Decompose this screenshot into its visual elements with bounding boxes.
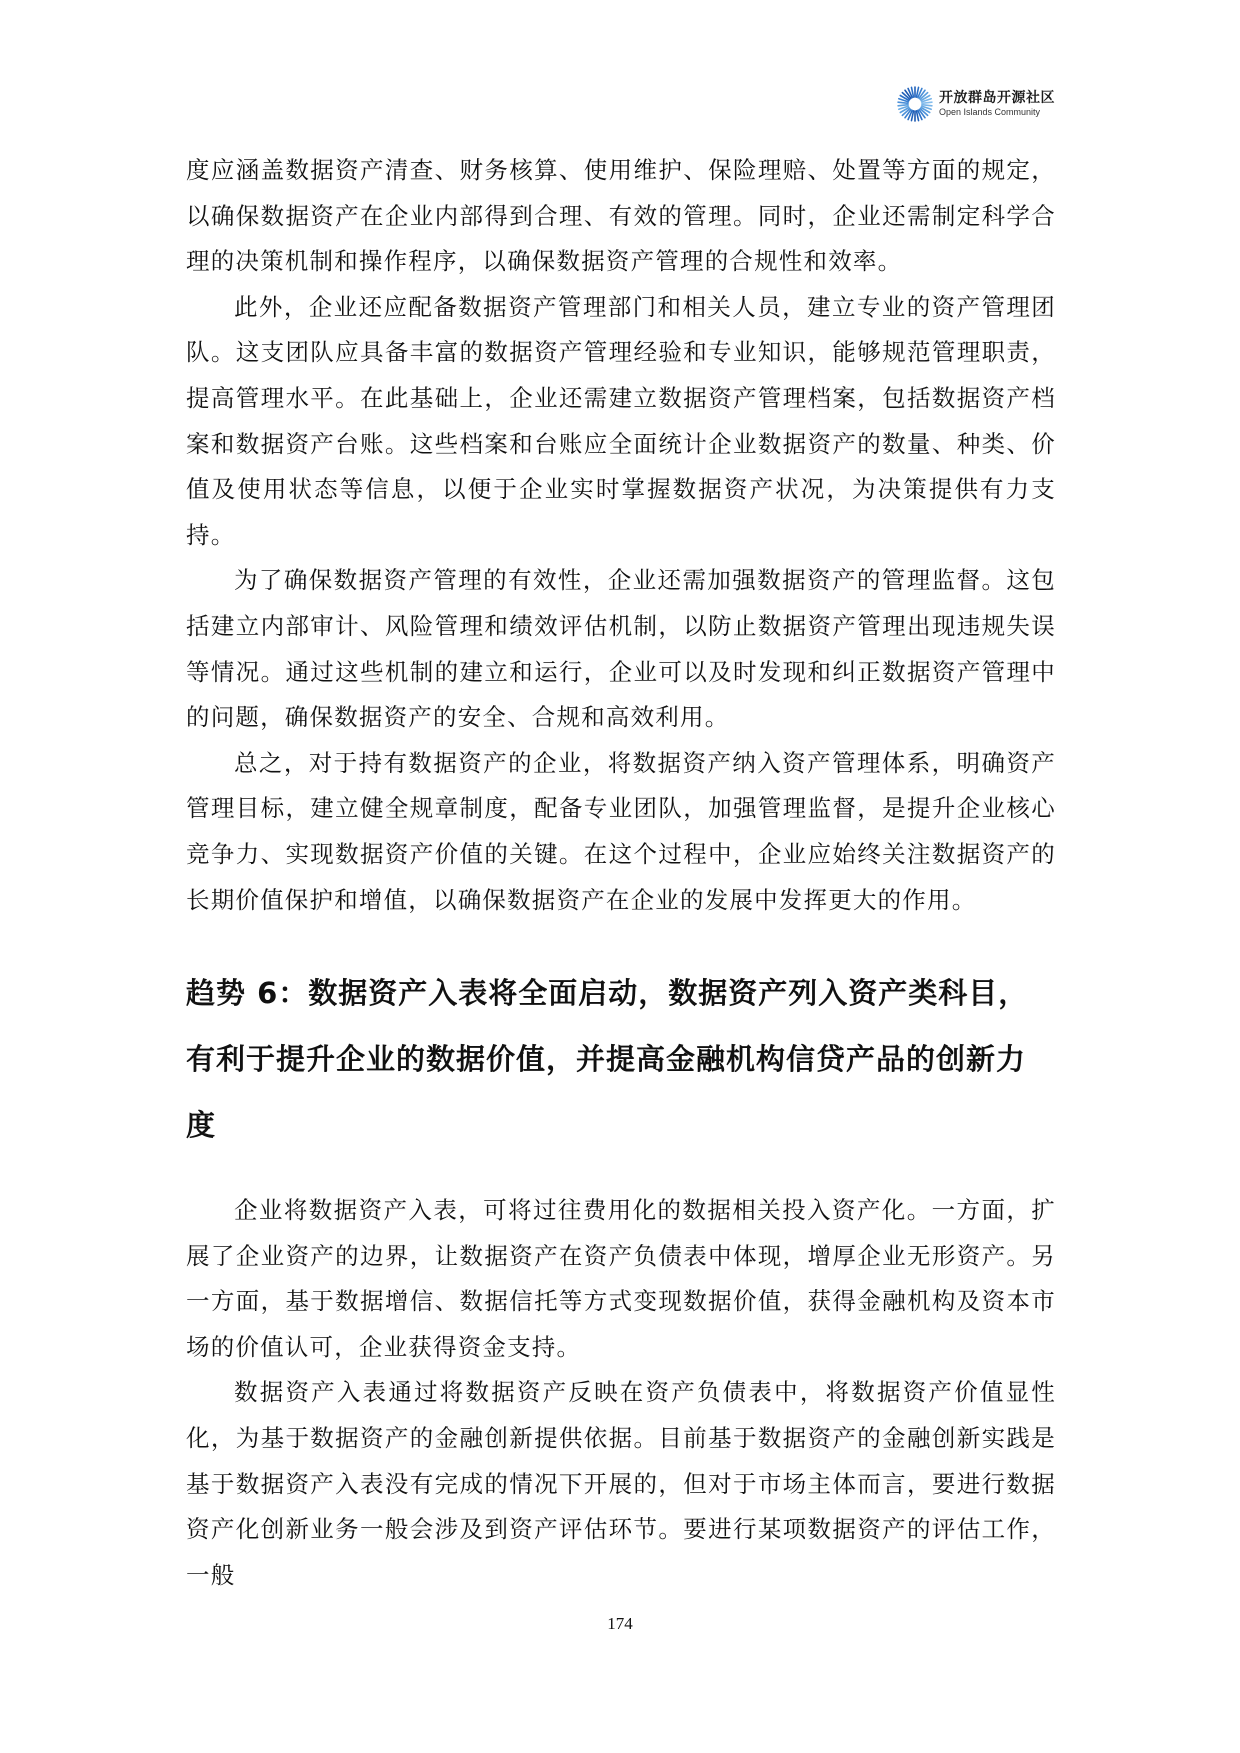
header-logo: 开放群岛开源社区 Open Islands Community bbox=[897, 86, 1055, 122]
page-number: 174 bbox=[0, 1614, 1240, 1634]
body-text-upper: 度应涵盖数据资产清查、财务核算、使用维护、保险理赔、处置等方面的规定，以确保数据… bbox=[186, 148, 1056, 923]
paragraph: 总之，对于持有数据资产的企业，将数据资产纳入资产管理体系，明确资产管理目标，建立… bbox=[186, 741, 1056, 923]
section-heading-line: 趋势 6：数据资产入表将全面启动，数据资产列入资产类科目， bbox=[186, 960, 1066, 1026]
logo-name-cn: 开放群岛开源社区 bbox=[939, 91, 1055, 105]
document-page: 开放群岛开源社区 Open Islands Community 度应涵盖数据资产… bbox=[0, 0, 1240, 1753]
paragraph: 企业将数据资产入表，可将过往费用化的数据相关投入资产化。一方面，扩展了企业资产的… bbox=[186, 1188, 1056, 1370]
logo-text: 开放群岛开源社区 Open Islands Community bbox=[939, 91, 1055, 117]
paragraph: 此外，企业还应配备数据资产管理部门和相关人员，建立专业的资产管理团队。这支团队应… bbox=[186, 285, 1056, 559]
section-heading-line: 有利于提升企业的数据价值，并提高金融机构信贷产品的创新力 bbox=[186, 1026, 1066, 1092]
paragraph: 为了确保数据资产管理的有效性，企业还需加强数据资产的管理监督。这包括建立内部审计… bbox=[186, 558, 1056, 740]
section-heading: 趋势 6：数据资产入表将全面启动，数据资产列入资产类科目， 有利于提升企业的数据… bbox=[186, 960, 1066, 1158]
section-heading-line: 度 bbox=[186, 1092, 1066, 1158]
logo-name-en: Open Islands Community bbox=[939, 108, 1055, 117]
body-text-lower: 企业将数据资产入表，可将过往费用化的数据相关投入资产化。一方面，扩展了企业资产的… bbox=[186, 1188, 1056, 1598]
paragraph: 数据资产入表通过将数据资产反映在资产负债表中，将数据资产价值显性化，为基于数据资… bbox=[186, 1370, 1056, 1598]
open-islands-sunburst-logo-icon bbox=[897, 86, 933, 122]
paragraph: 度应涵盖数据资产清查、财务核算、使用维护、保险理赔、处置等方面的规定，以确保数据… bbox=[186, 148, 1056, 285]
